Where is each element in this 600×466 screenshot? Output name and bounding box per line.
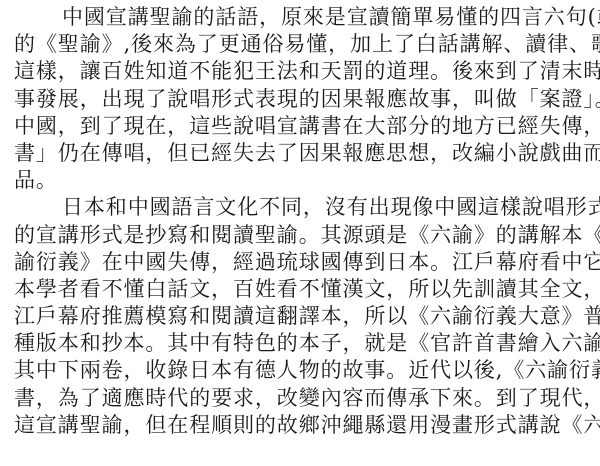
text-line: 的《聖諭》,後來為了更通俗易懂，加上了白話講解、讀律、歌詩、因果報應故事。 (14, 31, 586, 58)
text-line: 品。 (14, 167, 586, 194)
text-line: 江戶幕府推薦模寫和閱讀這翻譯本，所以《六諭衍義大意》普及到地方，出了多 (14, 303, 586, 330)
text-line: 的宣講形式是抄寫和閱讀聖諭。其源頭是《六諭》的講解本《六諭衍義》。這《六 (14, 222, 586, 249)
text-line: 種版本和抄本。其中有特色的本子，就是《官許首書繪入六諭衍義大意》三卷， (14, 330, 586, 357)
text-line: 書」仍在傳唱，但已經失去了因果報應思想，改編小說戲曲而向聽眾提供娛樂作 (14, 140, 586, 167)
text-line: 日本和中國語言文化不同，沒有出現像中國這樣說唱形式的宣講聖諭。日本 (14, 194, 586, 221)
paragraph-1: 中國宣講聖諭的話語，原來是宣讀簡單易懂的四言六句(或七言十六句)帝王 的《聖諭》… (14, 4, 586, 194)
text-line: 這樣，讓百姓知道不能犯王法和天罰的道理。後來到了清末時代，這因果報應故 (14, 58, 586, 85)
paragraph-2: 日本和中國語言文化不同，沒有出現像中國這樣說唱形式的宣講聖諭。日本 的宣講形式是… (14, 194, 586, 439)
text-line: 中國，到了現在，這些說唱宣講書在大部分的地方已經失傳，只有湖北「漢川善 (14, 113, 586, 140)
text-line: 事發展，出現了說唱形式表現的因果報應故事，叫做「案證」。說唱宣講普及到全 (14, 86, 586, 113)
text-line: 這宣講聖諭，但在程順則的故鄉沖繩縣還用漫畫形式講說《六諭》而教育孩子。 (14, 412, 586, 439)
text-line: 書，為了適應時代的要求，改變內容而傳承下來。到了現代，雖然很少地方採用 (14, 385, 586, 412)
text-line: 諭衍義》在中國失傳，經過琉球國傳到日本。江戶幕府看中它的啟蒙作用，但日 (14, 249, 586, 276)
text-line: 本學者看不懂白話文，百姓看不懂漢文，所以先訓讀其全文，然後翻譯其大意。 (14, 276, 586, 303)
document-body: 中國宣講聖諭的話語，原來是宣讀簡單易懂的四言六句(或七言十六句)帝王 的《聖諭》… (14, 4, 586, 439)
text-line: 中國宣講聖諭的話語，原來是宣讀簡單易懂的四言六句(或七言十六句)帝王 (14, 4, 586, 31)
text-line: 其中下兩卷，收錄日本有德人物的故事。近代以後,《六諭衍義》成為修身科教科 (14, 357, 586, 384)
